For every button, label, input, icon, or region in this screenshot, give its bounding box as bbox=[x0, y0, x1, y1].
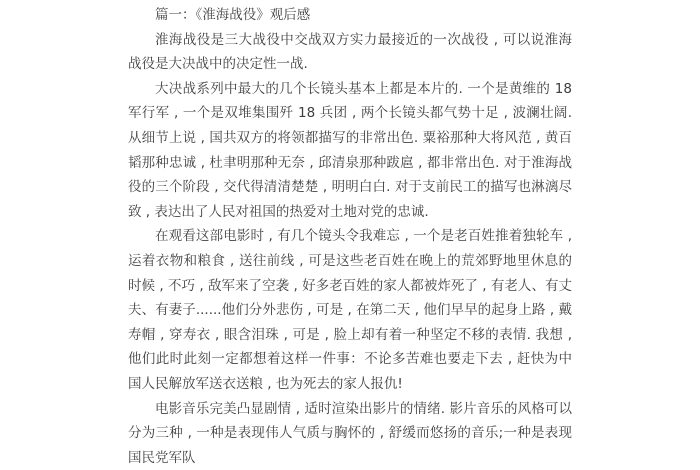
essay-title: 篇一：《淮海战役》观后感 bbox=[128, 3, 572, 28]
essay-paragraph: 大决战系列中最大的几个长镜头基本上都是本片的. 一个是黄维的 18 军行军 , … bbox=[128, 77, 572, 225]
document-page: { "page": { "background_color": "#ffffff… bbox=[0, 0, 700, 470]
essay-paragraph: 在观看这部电影时 , 有几个镜头令我难忘 , 一个是老百姓推着独轮车 , 运着衣… bbox=[128, 224, 572, 396]
essay-document: 篇一：《淮海战役》观后感 淮海战役是三大战役中交战双方实力最接近的一次战役 , … bbox=[0, 0, 700, 470]
essay-paragraph: 电影音乐完美凸显剧情 , 适时渲染出影片的情绪. 影片音乐的风格可以分为三种 ,… bbox=[128, 397, 572, 470]
essay-paragraph: 淮海战役是三大战役中交战双方实力最接近的一次战役 , 可以说淮海战役是大决战中的… bbox=[128, 28, 572, 77]
